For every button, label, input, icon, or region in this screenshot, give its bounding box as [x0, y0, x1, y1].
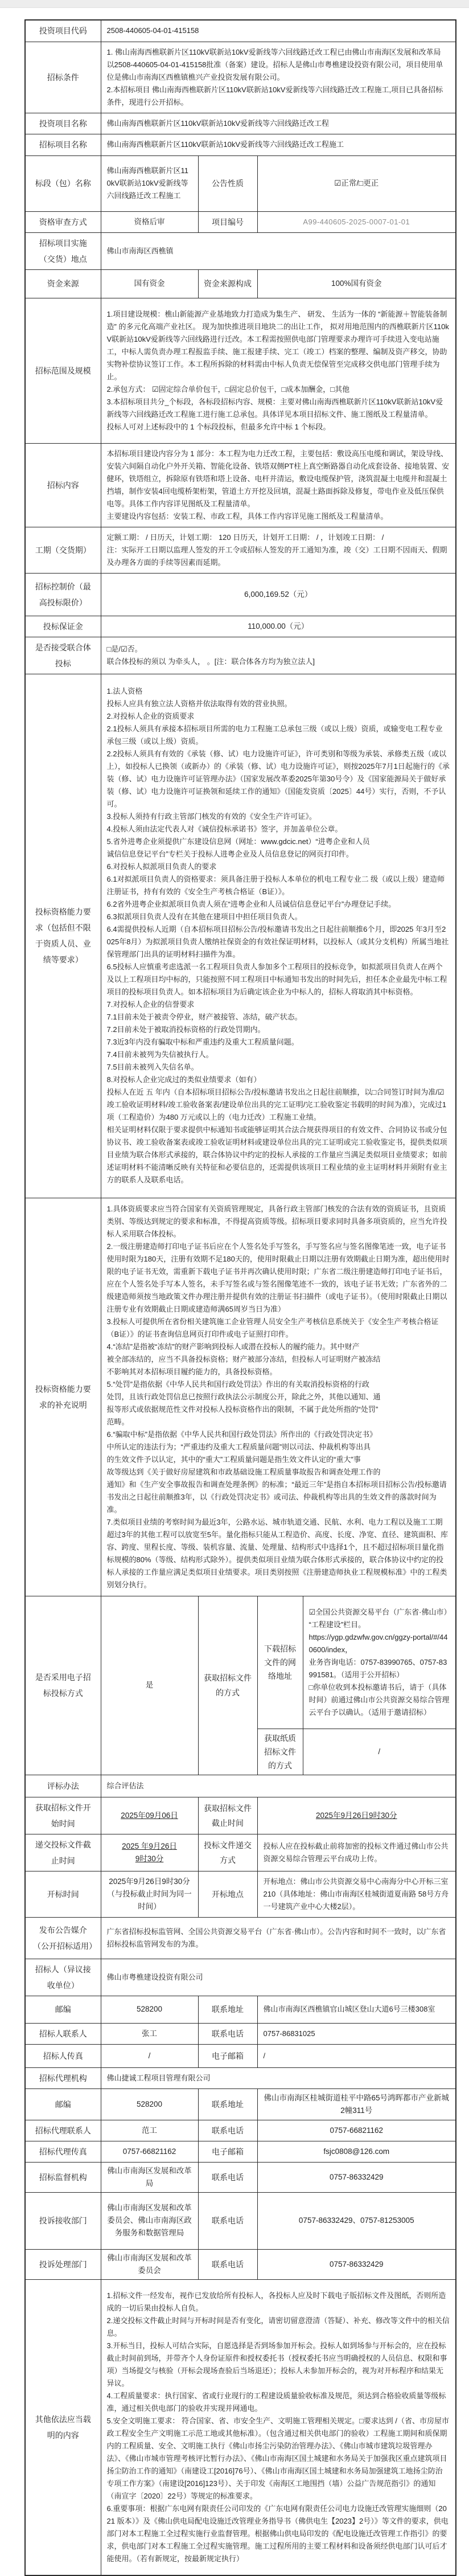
row-label-complaint-handling: 投诉处理部门 — [25, 2249, 101, 2279]
row-label-investment-project-name: 投资项目名称 — [25, 113, 101, 134]
agency-address-value: 佛山市南海区桂城街道桂平中路65号鸿晖都市产业新城2幢311号 — [257, 2088, 456, 2120]
obtain-documents-label: 获取招标文件的方式 — [198, 1596, 257, 1775]
tender-announcement-page: { "table": { "project_code": {"label": "… — [0, 0, 469, 2533]
table-row: 邮编 528200 联系地址 佛山市南海区桂城街道桂平中路65号鸿晖都市产业新城… — [25, 2088, 456, 2120]
table-row: 工期（交货期） 定额工期： / 日历天，计划工期： 120 日历天，计划开工日期… — [25, 527, 456, 573]
qualification-review-value: 资格后审 — [101, 211, 198, 232]
supervision-phone-value: 0757-86332429 — [257, 2162, 456, 2192]
investment-project-name-value: 佛山南海西樵联新片区110kV联新站10kV爱新线等六回线路迁改工程 — [101, 113, 456, 134]
row-label-agency-postcode: 邮编 — [25, 2088, 101, 2120]
table-row: 招标代理联系人 范工 联系电话 0757-66821162 — [25, 2120, 456, 2141]
project-number-label: 项目编号 — [198, 211, 257, 232]
agency-phone-value: 0757-66821162 — [257, 2120, 456, 2141]
opening-place-label: 开标地点 — [198, 1871, 257, 1917]
fund-composition-value: 100%国有资金 — [257, 269, 456, 298]
table-row: 招标人联系人 张工 联系电话 0757-86831025 — [25, 2023, 456, 2044]
control-price-value: 6,000,169.52（元） — [101, 573, 456, 616]
row-label-bid-bond: 投标保证金 — [25, 616, 101, 637]
table-row: 获取招标文件开始时间 2025年09月06日 获取招标文件截止时间 2025年9… — [25, 1797, 456, 1834]
tenderer-fax-value: / — [101, 2044, 198, 2067]
table-row: 评标办法 综合评估法 — [25, 1775, 456, 1797]
notice-nature-value: ☑正常/□更正 — [257, 155, 456, 211]
table-row: 招标代理机构 佛山捷诚工程项目管理有限公司 — [25, 2067, 456, 2088]
row-label-evaluation-method: 评标办法 — [25, 1775, 101, 1797]
table-row: 招标监督机构 佛山市南海区发展和改革局 联系电话 0757-86332429 — [25, 2162, 456, 2192]
row-label-duration: 工期（交货期） — [25, 527, 101, 573]
table-row: 招标条件 1. 佛山南海西樵联新片区110kV联新站10kV爱新线等六回线路迁改… — [25, 42, 456, 113]
tender-announcement-table: 投资项目代码 2508-440605-04-01-415158 招标条件 1. … — [24, 19, 456, 2576]
tender-conditions-value: 1. 佛山南海西樵联新片区110kV联新站10kV爱新线等六回线路迁改工程已由佛… — [101, 42, 456, 113]
agency-contact-value: 范工 — [101, 2120, 198, 2141]
row-label-agency-fax: 招标代理传真 — [25, 2141, 101, 2162]
table-row: 投标资格能力要求（包括但不限于资质人员、业绩等要求） 1.法人资格 投标人应具有… — [25, 674, 456, 1198]
row-label-submission-deadline: 递交投标文件截止时间 — [25, 1834, 101, 1871]
row-label-complaint-receiving: 投诉接收部门 — [25, 2192, 101, 2249]
agency-address-label: 联系地址 — [198, 2088, 257, 2120]
tenderer-postcode-value: 528200 — [101, 1996, 198, 2023]
complaint-receiving-phone-label: 联系电话 — [198, 2192, 257, 2249]
row-label-tenderer: 招标人（异议接收单位） — [25, 1959, 101, 1996]
row-label-tender-project-name: 招标项目名称 — [25, 134, 101, 155]
table-row: 发布公告媒介（公开招标适用） 广东省招标投标监管网、全国公共资源交易平台（广东省… — [25, 1917, 456, 1959]
doc-obtain-end-value: 2025年9月26日9时30分 — [257, 1797, 456, 1834]
table-row: 递交投标文件截止时间 2025 年9月26日 9时30分 投标文件递交方式 投标… — [25, 1834, 456, 1871]
agency-email-value: fsjc0808@126.com — [257, 2141, 456, 2162]
row-label-fund-source: 资金来源 — [25, 269, 101, 298]
tender-project-name-value: 佛山南海西樵联新片区110kV联新站10kV爱新线等六回线路迁改工程施工 — [101, 134, 456, 155]
doc-obtain-start-value: 2025年09月06日 — [101, 1797, 198, 1834]
table-row: 其他依法应当载明的内容 1.招标文件一经发布，视作已发放给所有投标人，各投标人应… — [25, 2279, 456, 2575]
row-label-opening-time: 开标时间 — [25, 1871, 101, 1917]
table-row: 招标人（异议接收单位） 佛山市粤樵建设投资有限公司 — [25, 1959, 456, 1996]
table-row: 投标保证金 110,000.00（元） — [25, 616, 456, 637]
evaluation-method-value: 综合评估法 — [101, 1775, 456, 1797]
complaint-receiving-phone-value: 0757-86332429、0757-81253005 — [257, 2192, 456, 2249]
row-label-announcement-media: 发布公告媒介（公开招标适用） — [25, 1917, 101, 1959]
row-label-agency-contact: 招标代理联系人 — [25, 2120, 101, 2141]
row-label-qualification-requirements: 投标资格能力要求（包括但不限于资质人员、业绩等要求） — [25, 674, 101, 1198]
row-label-qualification-supplement: 投标资格能力要求的补充说明 — [25, 1198, 101, 1596]
tenderer-address-label: 联系地址 — [198, 1996, 257, 2023]
row-label-section-package: 标段（包）名称 — [25, 155, 101, 211]
submission-method-value: 投标人应在投标截止前将加密的投标文件通过佛山市公共资源交易综合管理云平台成功上传… — [257, 1834, 456, 1871]
agency-value: 佛山捷诚工程项目管理有限公司 — [101, 2067, 456, 2088]
paper-documents-value: / — [303, 1729, 456, 1775]
project-number-value: A99-440605-2025-0007-01-01 — [257, 211, 456, 232]
duration-value: 定额工期： / 日历天，计划工期： 120 日历天，计划开工日期： / ，计划竣… — [101, 527, 456, 573]
bid-bond-value: 110,000.00（元） — [101, 616, 456, 637]
qualification-requirements-value: 1.法人资格 投标人应具有独立法人资格并依法取得有效的营业执照。 2.对投标人企… — [101, 674, 456, 1198]
tenderer-phone-value: 0757-86831025 — [257, 2023, 456, 2044]
table-row: 资格审查方式 资格后审 项目编号 A99-440605-2025-0007-01… — [25, 211, 456, 232]
paper-documents-label: 获取纸质招标文件的方式 — [257, 1729, 303, 1775]
section-package-value: 佛山南海西樵联新片区110kV联新站10kV爱新线等六回线路迁改工程施工 — [101, 155, 198, 211]
opening-time-value: 2025年9月26日9时30分（与投标截止时间为同一时间） — [101, 1871, 198, 1917]
agency-phone-label: 联系电话 — [198, 2120, 257, 2141]
complaint-handling-phone-label: 联系电话 — [198, 2249, 257, 2279]
complaint-handling-phone-value: 0757-86332429 — [257, 2249, 456, 2279]
tenderer-contact-value: 张工 — [101, 2023, 198, 2044]
table-row: 标段（包）名称 佛山南海西樵联新片区110kV联新站10kV爱新线等六回线路迁改… — [25, 155, 456, 211]
delivery-place-value: 佛山市南海区西樵镇 — [101, 232, 456, 269]
row-label-doc-obtain-start: 获取招标文件开始时间 — [25, 1797, 101, 1834]
table-row: 招标控制价（最高投标限价） 6,000,169.52（元） — [25, 573, 456, 616]
agency-postcode-value: 528200 — [101, 2088, 198, 2120]
project-code-value: 2508-440605-04-01-415158 — [101, 20, 456, 42]
row-label-project-code: 投资项目代码 — [25, 20, 101, 42]
table-row: 投资项目代码 2508-440605-04-01-415158 — [25, 20, 456, 42]
row-label-agency: 招标代理机构 — [25, 2067, 101, 2088]
table-row: 招标项目实施（交货）地点 佛山市南海区西樵镇 — [25, 232, 456, 269]
announcement-media-value: 广东省招标投标监管网、全国公共资源交易平台（广东省·佛山市）。公告内容和时间不一… — [101, 1917, 456, 1959]
table-row: 投诉接收部门 佛山市南海区发展和改革委员会、佛山市南海区政务服务和数据管理局 联… — [25, 2192, 456, 2249]
row-label-supervision: 招标监督机构 — [25, 2162, 101, 2192]
complaint-handling-value: 佛山市南海区发展和改革委员会 — [101, 2249, 198, 2279]
tenderer-phone-label: 联系电话 — [198, 2023, 257, 2044]
row-label-tenderer-fax: 招标人传真 — [25, 2044, 101, 2067]
row-label-tenderer-postcode: 邮编 — [25, 1996, 101, 2023]
supervision-value: 佛山市南海区发展和改革局 — [101, 2162, 198, 2192]
row-label-control-price: 招标控制价（最高投标限价） — [25, 573, 101, 616]
row-label-scope-scale: 招标范围及规模 — [25, 298, 101, 443]
submission-deadline-value: 2025 年9月26日 9时30分 — [101, 1834, 198, 1871]
opening-place-value: 开标地点：佛山市公共资源交易中心南海分中心开标三室210（具体地址：佛山市南海区… — [257, 1871, 456, 1917]
download-url-label: 下载招标文件的网络地址 — [257, 1596, 303, 1729]
tenderer-email-label: 电子邮箱 — [198, 2044, 257, 2067]
fund-composition-label: 资金来源构成 — [198, 269, 257, 298]
tenderer-value: 佛山市粤樵建设投资有限公司 — [101, 1959, 456, 1996]
scope-scale-value: 1.项目建设规模：樵山新能源产业基地致力打造成为集生产、 研发、 生活为一体的 … — [101, 298, 456, 443]
consortium-value: □是/☑否。 联合体投标的须以 为牵头人， 。[注：联合体各方均为独立法人] — [101, 637, 456, 674]
tenderer-address-value: 佛山市南海区西樵镇官山城区登山大道6号三楼308室 — [257, 1996, 456, 2023]
complaint-receiving-value: 佛山市南海区发展和改革委员会、佛山市南海区政务服务和数据管理局 — [101, 2192, 198, 2249]
table-row: 是否采用电子招标投标方式 是 获取招标文件的方式 下载招标文件的网络地址 ☑全国… — [25, 1596, 456, 1729]
table-row: 投诉处理部门 佛山市南海区发展和改革委员会 联系电话 0757-86332429 — [25, 2249, 456, 2279]
row-label-tender-content: 招标内容 — [25, 443, 101, 527]
tender-content-value: 本招标项目建设内容分为 1 部分：本工程为电力迁改工程，主要包括：敷设高压电缆和… — [101, 443, 456, 527]
download-url-value: ☑全国公共资源交易平台（广东省·佛山市）“工程建设”栏目。 https://yg… — [303, 1596, 456, 1729]
agency-fax-value: 0757-66821162 — [101, 2141, 198, 2162]
table-row: 投资项目名称 佛山南海西樵联新片区110kV联新站10kV爱新线等六回线路迁改工… — [25, 113, 456, 134]
table-row: 招标人传真 / 电子邮箱 / — [25, 2044, 456, 2067]
supervision-phone-label: 联系电话 — [198, 2162, 257, 2192]
doc-obtain-end-label: 获取招标文件截止时间 — [198, 1797, 257, 1834]
row-label-consortium: 是否接受联合体投标 — [25, 637, 101, 674]
row-label-tender-conditions: 招标条件 — [25, 42, 101, 113]
submission-method-label: 投标文件递交方式 — [198, 1834, 257, 1871]
table-row: 投标资格能力要求的补充说明 1.具体资质要求应当符合国家有关资质管理规定，具备行… — [25, 1198, 456, 1596]
agency-email-label: 电子邮箱 — [198, 2141, 257, 2162]
browser-top-strip — [0, 0, 469, 8]
table-row: 招标内容 本招标项目建设内容分为 1 部分：本工程为电力迁改工程，主要包括：敷设… — [25, 443, 456, 527]
row-label-delivery-place: 招标项目实施（交货）地点 — [25, 232, 101, 269]
table-row: 资金来源 国有资金 资金来源构成 100%国有资金 — [25, 269, 456, 298]
row-label-tenderer-contact: 招标人联系人 — [25, 2023, 101, 2044]
table-row: 招标范围及规模 1.项目建设规模：樵山新能源产业基地致力打造成为集生产、 研发、… — [25, 298, 456, 443]
table-row: 招标项目名称 佛山南海西樵联新片区110kV联新站10kV爱新线等六回线路迁改工… — [25, 134, 456, 155]
row-label-other-contents: 其他依法应当载明的内容 — [25, 2279, 101, 2575]
table-row: 开标时间 2025年9月26日9时30分（与投标截止时间为同一时间） 开标地点 … — [25, 1871, 456, 1917]
table-row: 邮编 528200 联系地址 佛山市南海区西樵镇官山城区登山大道6号三楼308室 — [25, 1996, 456, 2023]
other-contents-value: 1.招标文件一经发布，视作已发放给所有投标人，各投标人应及时下载电子版招标文件及… — [101, 2279, 456, 2575]
notice-nature-label: 公告性质 — [198, 155, 257, 211]
row-label-qualification-review: 资格审查方式 — [25, 211, 101, 232]
table-row: 是否接受联合体投标 □是/☑否。 联合体投标的须以 为牵头人， 。[注：联合体各… — [25, 637, 456, 674]
row-label-e-bidding: 是否采用电子招标投标方式 — [25, 1596, 101, 1775]
table-row: 招标代理传真 0757-66821162 电子邮箱 fsjc0808@126.c… — [25, 2141, 456, 2162]
tenderer-email-value: / — [257, 2044, 456, 2067]
fund-source-value: 国有资金 — [101, 269, 198, 298]
qualification-supplement-value: 1.具体资质要求应当符合国家有关资质管理规定，具备行政主管部门核发的合法有效的资… — [101, 1198, 456, 1596]
e-bidding-value: 是 — [101, 1596, 198, 1775]
